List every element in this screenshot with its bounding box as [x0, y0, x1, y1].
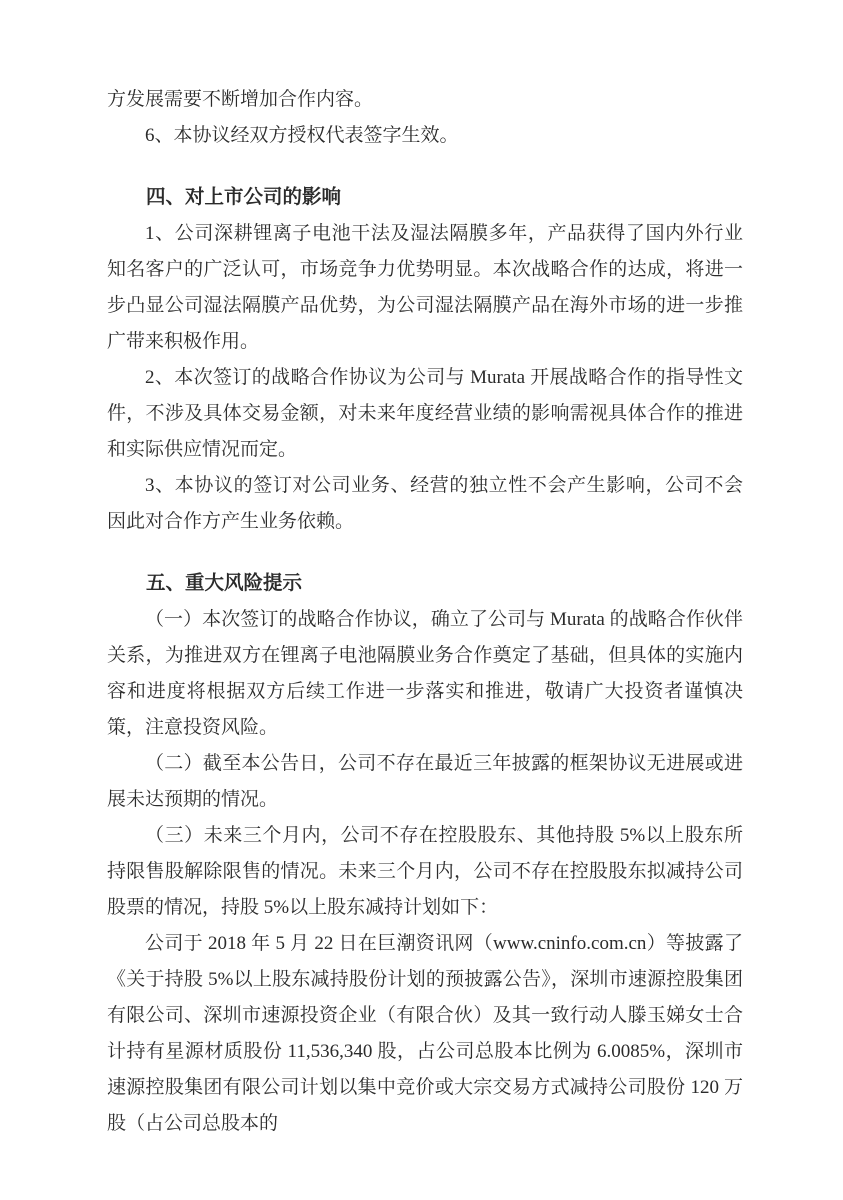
paragraph-continuation: 方发展需要不断增加合作内容。	[107, 82, 743, 118]
section-5-heading: 五、重大风险提示	[107, 566, 743, 602]
section-4-paragraph-1: 1、公司深耕锂离子电池干法及湿法隔膜多年，产品获得了国内外行业知名客户的广泛认可…	[107, 216, 743, 360]
section-4-heading: 四、对上市公司的影响	[107, 180, 743, 216]
section-4-paragraph-3: 3、本协议的签订对公司业务、经营的独立性不会产生影响，公司不会因此对合作方产生业…	[107, 468, 743, 540]
section-5-paragraph-1: （一）本次签订的战略合作协议，确立了公司与 Murata 的战略合作伙伴关系，为…	[107, 602, 743, 746]
section-5-paragraph-2: （二）截至本公告日，公司不存在最近三年披露的框架协议无进展或进展未达预期的情况。	[107, 746, 743, 818]
paragraph-item-6: 6、本协议经双方授权代表签字生效。	[107, 118, 743, 154]
document-page: 方发展需要不断增加合作内容。 6、本协议经双方授权代表签字生效。 四、对上市公司…	[0, 0, 843, 1200]
section-5-paragraph-3: （三）未来三个月内，公司不存在控股股东、其他持股 5%以上股东所持限售股解除限售…	[107, 818, 743, 926]
section-5-paragraph-4: 公司于 2018 年 5 月 22 日在巨潮资讯网（www.cninfo.com…	[107, 926, 743, 1142]
section-4-paragraph-2: 2、本次签订的战略合作协议为公司与 Murata 开展战略合作的指导性文件，不涉…	[107, 360, 743, 468]
